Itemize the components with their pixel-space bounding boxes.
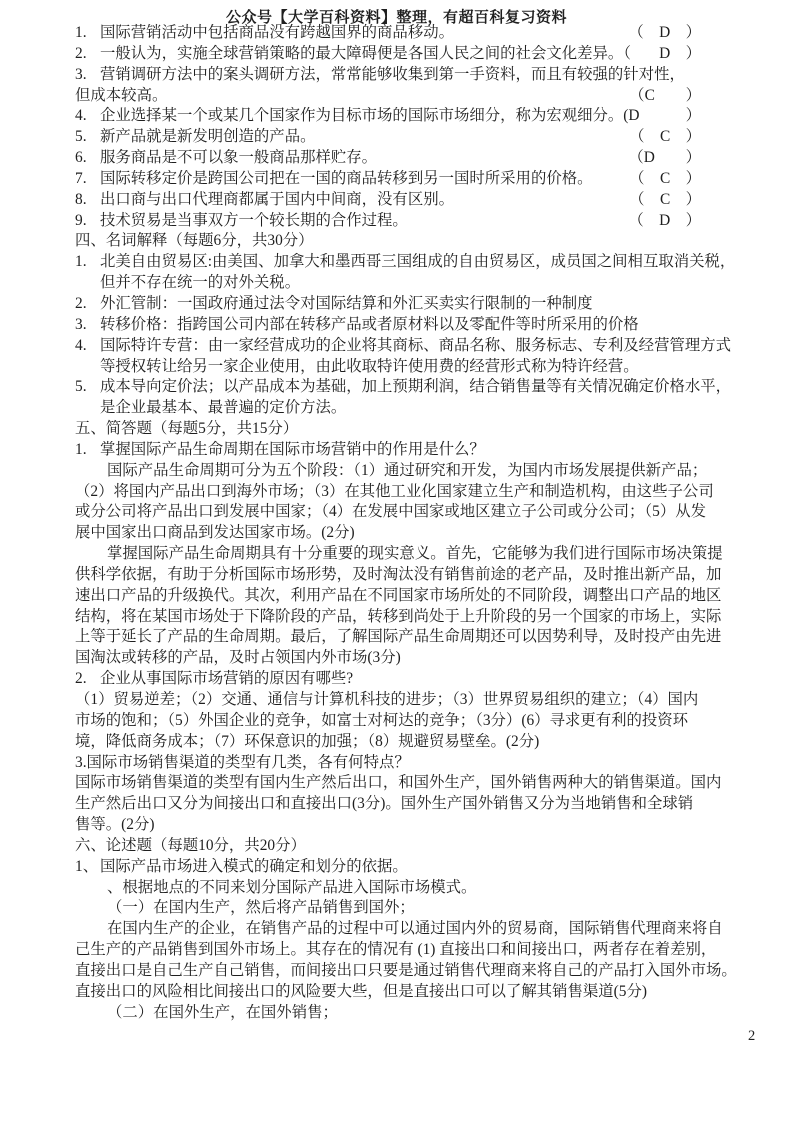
answer-mark: （ C ） xyxy=(629,127,721,148)
document-page: 公众号【大学百科资料】整理，有超百科复习资料 1.国际营销活动中包括商品没有跨越… xyxy=(0,0,793,1122)
line-text: （一）在国内生产，然后将产品销售到国外； xyxy=(75,898,415,919)
text-line: （一）在国内生产，然后将产品销售到国外； xyxy=(75,898,721,919)
line-text: 3.国际市场销售渠道的类型有几类，各有何特点？ xyxy=(75,753,410,774)
answer-mark: （ D ） xyxy=(628,211,721,232)
text-line: 8.出口商与出口代理商都属于国内中间商，没有区别。（ C ） xyxy=(75,190,721,211)
text-line: 供科学依据，有助于分析国际市场形势，及时淘汰没有销售前途的老产品，及时推出新产品… xyxy=(75,565,721,586)
item-number: 3. xyxy=(75,315,100,336)
text-line: 7.国际转移定价是跨国公司把在一国的商品转移到另一国时所采用的价格。（ C ） xyxy=(75,169,721,190)
text-line: 4.国际特许专营：由一家经营成功的企业将其商标、商品名称、服务标志、专利及经营管… xyxy=(75,336,721,357)
line-text: 己生产的产品销售到国外市场上。其存在的情况有 (1) 直接出口和间接出口，两者存… xyxy=(75,940,716,961)
text-line: 直接出口的风险相比间接出口的风险要大些，但是直接出口可以了解其销售渠道(5分) xyxy=(75,982,721,1003)
text-line: 生产然后出口又分为间接出口和直接出口(3分)。国外生产国外销售又分为当地销售和全… xyxy=(75,794,721,815)
line-text: 1、国际产品市场进入模式的确定和划分的依据。 xyxy=(75,857,408,878)
text-line: 、根据地点的不同来划分国际产品进入国际市场模式。 xyxy=(75,878,721,899)
item-number: 9. xyxy=(75,211,100,232)
answer-mark: ） xyxy=(686,106,721,127)
line-text: 境，降低商务成本；（7）环保意识的加强；（8）规避贸易壁垒。(2分) xyxy=(75,732,539,753)
text-line: 己生产的产品销售到国外市场上。其存在的情况有 (1) 直接出口和间接出口，两者存… xyxy=(75,940,721,961)
text-line: 速出口产品的升级换代。其次，利用产品在不同国家市场所处的不同阶段，调整出口产品的… xyxy=(75,586,721,607)
text-line: 直接出口是自己生产自己销售，而间接出口只要是通过销售代理商来将自己的产品打入国外… xyxy=(75,961,721,982)
text-line: 1.国际营销活动中包括商品没有跨越国界的商品移动。（ D ） xyxy=(75,23,721,44)
line-text: 六、论述题（每题10分，共20分） xyxy=(75,836,306,857)
text-line: 4.企业选择某一个或某几个国家作为目标市场的国际市场细分，称为宏观细分。(D） xyxy=(75,106,721,127)
text-line: 在国内生产的企业，在销售产品的过程中可以通过国内外的贸易商，国际销售代理商来将自 xyxy=(75,919,721,940)
page-number: 2 xyxy=(748,1026,755,1046)
text-line: 四、名词解释（每题6分，共30分） xyxy=(75,231,721,252)
text-line: 展中国家出口商品到发达国家市场。(2分) xyxy=(75,523,721,544)
text-line: 市场的饱和；（5）外国企业的竞争，如富士对柯达的竞争；（3分）(6）寻求更有利的… xyxy=(75,711,721,732)
text-line: 2.企业从事国际市场营销的原因有哪些? xyxy=(75,669,721,690)
text-line: 3.转移价格：指跨国公司内部在转移产品或者原材料以及零配件等时所采用的价格 xyxy=(75,315,721,336)
line-text: 、根据地点的不同来划分国际产品进入国际市场模式。 xyxy=(75,878,476,899)
item-number: 8. xyxy=(75,190,100,211)
answer-mark: （D ） xyxy=(628,148,721,169)
item-number: 1. xyxy=(75,440,100,461)
line-text: 但并不存在统一的对外关税。 xyxy=(75,273,300,294)
line-text: 国际产品生命周期可分为五个阶段：（1）通过研究和开发，为国内市场发展提供新产品； xyxy=(75,461,707,482)
text-line: 等授权转让给另一家企业使用，由此收取特许使用费的经营形式称为特许经营。 xyxy=(75,357,721,378)
answer-mark: （ D ） xyxy=(628,23,721,44)
answer-mark: D ） xyxy=(659,44,721,65)
text-line: 3.营销调研方法中的案头调研方法，常常能够收集到第一手资料，而且有较强的针对性， xyxy=(75,65,721,86)
line-text: 7.国际转移定价是跨国公司把在一国的商品转移到另一国时所采用的价格。 xyxy=(75,169,593,190)
item-number: 7. xyxy=(75,169,100,190)
text-line: 9.技术贸易是当事双方一个较长期的合作过程。（ D ） xyxy=(75,211,721,232)
item-number: 2. xyxy=(75,44,100,65)
text-line: 六、论述题（每题10分，共20分） xyxy=(75,836,721,857)
line-text: 1.掌握国际产品生命周期在国际市场营销中的作用是什么？ xyxy=(75,440,485,461)
text-line: 5.新产品就是新发明创造的产品。（ C ） xyxy=(75,127,721,148)
line-text: 速出口产品的升级换代。其次，利用产品在不同国家市场所处的不同阶段，调整出口产品的… xyxy=(75,586,721,607)
text-line: 5.成本导向定价法；以产品成本为基础，加上预期利润，结合销售量等有关情况确定价格… xyxy=(75,377,721,398)
text-line: 6.服务商品是不可以象一般商品那样贮存。（D ） xyxy=(75,148,721,169)
line-text: 国际市场销售渠道的类型有国内生产然后出口，和国外生产，国外销售两种大的销售渠道。… xyxy=(75,773,721,794)
text-line: 1.掌握国际产品生命周期在国际市场营销中的作用是什么？ xyxy=(75,440,721,461)
text-line: （1）贸易逆差；（2）交通、通信与计算机科技的进步；（3）世界贸易组织的建立；（… xyxy=(75,690,721,711)
line-text: 2.一般认为，实施全球营销策略的最大障碍便是各国人民之间的社会文化差异。（ xyxy=(75,44,631,65)
line-text: 9.技术贸易是当事双方一个较长期的合作过程。 xyxy=(75,211,408,232)
line-text: 供科学依据，有助于分析国际市场形势，及时淘汰没有销售前途的老产品，及时推出新产品… xyxy=(75,565,721,586)
line-text: 市场的饱和；（5）外国企业的竞争，如富士对柯达的竞争；（3分）(6）寻求更有利的… xyxy=(75,711,688,732)
line-text: （二）在国外生产，在国外销售； xyxy=(75,1003,338,1024)
line-text: 4.国际特许专营：由一家经营成功的企业将其商标、商品名称、服务标志、专利及经营管… xyxy=(75,336,731,357)
text-line: 3.国际市场销售渠道的类型有几类，各有何特点？ xyxy=(75,753,721,774)
text-line: 2.一般认为，实施全球营销策略的最大障碍便是各国人民之间的社会文化差异。（D ） xyxy=(75,44,721,65)
text-line: 或分公司将产品出口到发展中国家；（4）在发展中国家或地区建立子公司或分公司；（5… xyxy=(75,502,721,523)
item-number: 1. xyxy=(75,252,100,273)
line-text: 但成本较高。 xyxy=(75,86,167,107)
line-text: 或分公司将产品出口到发展中国家；（4）在发展中国家或地区建立子公司或分公司；（5… xyxy=(75,502,706,523)
answer-mark: （C ） xyxy=(629,86,721,107)
line-text: 展中国家出口商品到发达国家市场。(2分) xyxy=(75,523,355,544)
line-text: （2）将国内产品出口到海外市场；（3）在其他工业化国家建立生产和制造机构，由这些… xyxy=(75,482,714,503)
line-text: 售等。(2分) xyxy=(75,815,155,836)
text-line: 国淘汰或转移的产品，及时占领国内外市场(3分) xyxy=(75,648,721,669)
line-text: 8.出口商与出口代理商都属于国内中间商，没有区别。 xyxy=(75,190,454,211)
line-text: 6.服务商品是不可以象一般商品那样贮存。 xyxy=(75,148,377,169)
text-line: 境，降低商务成本；（7）环保意识的加强；（8）规避贸易壁垒。(2分) xyxy=(75,732,721,753)
text-line: 1.北美自由贸易区:由美国、加拿大和墨西哥三国组成的自由贸易区，成员国之间相互取… xyxy=(75,252,721,273)
text-line: 但并不存在统一的对外关税。 xyxy=(75,273,721,294)
line-text: 1.国际营销活动中包括商品没有跨越国界的商品移动。 xyxy=(75,23,454,44)
text-line: 2.外汇管制：一国政府通过法令对国际结算和外汇买卖实行限制的一种制度 xyxy=(75,294,721,315)
item-number: 4. xyxy=(75,336,100,357)
text-line: 是企业最基本、最普遍的定价方法。 xyxy=(75,398,721,419)
text-line: 1、国际产品市场进入模式的确定和划分的依据。 xyxy=(75,857,721,878)
text-line: （二）在国外生产，在国外销售； xyxy=(75,1003,721,1024)
line-text: 五、简答题（每题5分，共15分） xyxy=(75,419,298,440)
line-text: 在国内生产的企业，在销售产品的过程中可以通过国内外的贸易商，国际销售代理商来将自 xyxy=(75,919,723,940)
item-number: 5. xyxy=(75,377,100,398)
item-number: 6. xyxy=(75,148,100,169)
item-number: 1、 xyxy=(75,857,100,878)
line-text: 结构，将在某国市场处于下降阶段的产品，转移到尚处于上升阶段的另一个国家的市场上，… xyxy=(75,607,721,628)
line-text: 是企业最基本、最普遍的定价方法。 xyxy=(75,398,346,419)
item-number: 1. xyxy=(75,23,100,44)
line-text: 国淘汰或转移的产品，及时占领国内外市场(3分) xyxy=(75,648,401,669)
line-text: 等授权转让给另一家企业使用，由此收取特许使用费的经营形式称为特许经营。 xyxy=(75,357,639,378)
text-line: 国际市场销售渠道的类型有国内生产然后出口，和国外生产，国外销售两种大的销售渠道。… xyxy=(75,773,721,794)
line-text: 生产然后出口又分为间接出口和直接出口(3分)。国外生产国外销售又分为当地销售和全… xyxy=(75,794,693,815)
item-number: 5. xyxy=(75,127,100,148)
line-text: 3.转移价格：指跨国公司内部在转移产品或者原材料以及零配件等时所采用的价格 xyxy=(75,315,639,336)
line-text: 四、名词解释（每题6分，共30分） xyxy=(75,231,314,252)
line-text: 2.企业从事国际市场营销的原因有哪些? xyxy=(75,669,353,690)
answer-mark: （ C ） xyxy=(629,169,721,190)
text-line: 国际产品生命周期可分为五个阶段：（1）通过研究和开发，为国内市场发展提供新产品； xyxy=(75,461,721,482)
line-text: 4.企业选择某一个或某几个国家作为目标市场的国际市场细分，称为宏观细分。(D xyxy=(75,106,640,127)
text-line: 但成本较高。（C ） xyxy=(75,86,721,107)
document-body: 1.国际营销活动中包括商品没有跨越国界的商品移动。（ D ）2.一般认为，实施全… xyxy=(75,23,721,1024)
line-text: 1.北美自由贸易区:由美国、加拿大和墨西哥三国组成的自由贸易区，成员国之间相互取… xyxy=(75,252,735,273)
line-text: 上等于延长了产品的生命周期。最后，了解国际产品生命周期还可以因势利导，及时投产由… xyxy=(75,627,721,648)
item-number: 3. xyxy=(75,65,100,86)
text-line: 上等于延长了产品的生命周期。最后，了解国际产品生命周期还可以因势利导，及时投产由… xyxy=(75,627,721,648)
answer-mark: （ C ） xyxy=(629,190,721,211)
line-text: 2.外汇管制：一国政府通过法令对国际结算和外汇买卖实行限制的一种制度 xyxy=(75,294,593,315)
line-text: 掌握国际产品生命周期具有十分重要的现实意义。首先，它能够为我们进行国际市场决策提 xyxy=(75,544,723,565)
text-line: 结构，将在某国市场处于下降阶段的产品，转移到尚处于上升阶段的另一个国家的市场上，… xyxy=(75,607,721,628)
line-text: 直接出口是自己生产自己销售，而间接出口只要是通过销售代理商来将自己的产品打入国外… xyxy=(75,961,737,982)
line-text: 5.成本导向定价法；以产品成本为基础，加上预期利润，结合销售量等有关情况确定价格… xyxy=(75,377,731,398)
item-number: 4. xyxy=(75,106,100,127)
text-line: 售等。(2分) xyxy=(75,815,721,836)
text-line: 五、简答题（每题5分，共15分） xyxy=(75,419,721,440)
item-number: 2. xyxy=(75,669,100,690)
line-text: 3.营销调研方法中的案头调研方法，常常能够收集到第一手资料，而且有较强的针对性， xyxy=(75,65,685,86)
line-text: （1）贸易逆差；（2）交通、通信与计算机科技的进步；（3）世界贸易组织的建立；（… xyxy=(75,690,698,711)
text-line: 掌握国际产品生命周期具有十分重要的现实意义。首先，它能够为我们进行国际市场决策提 xyxy=(75,544,721,565)
item-number: 2. xyxy=(75,294,100,315)
text-line: （2）将国内产品出口到海外市场；（3）在其他工业化国家建立生产和制造机构，由这些… xyxy=(75,482,721,503)
line-text: 5.新产品就是新发明创造的产品。 xyxy=(75,127,315,148)
line-text: 直接出口的风险相比间接出口的风险要大些，但是直接出口可以了解其销售渠道(5分) xyxy=(75,982,647,1003)
